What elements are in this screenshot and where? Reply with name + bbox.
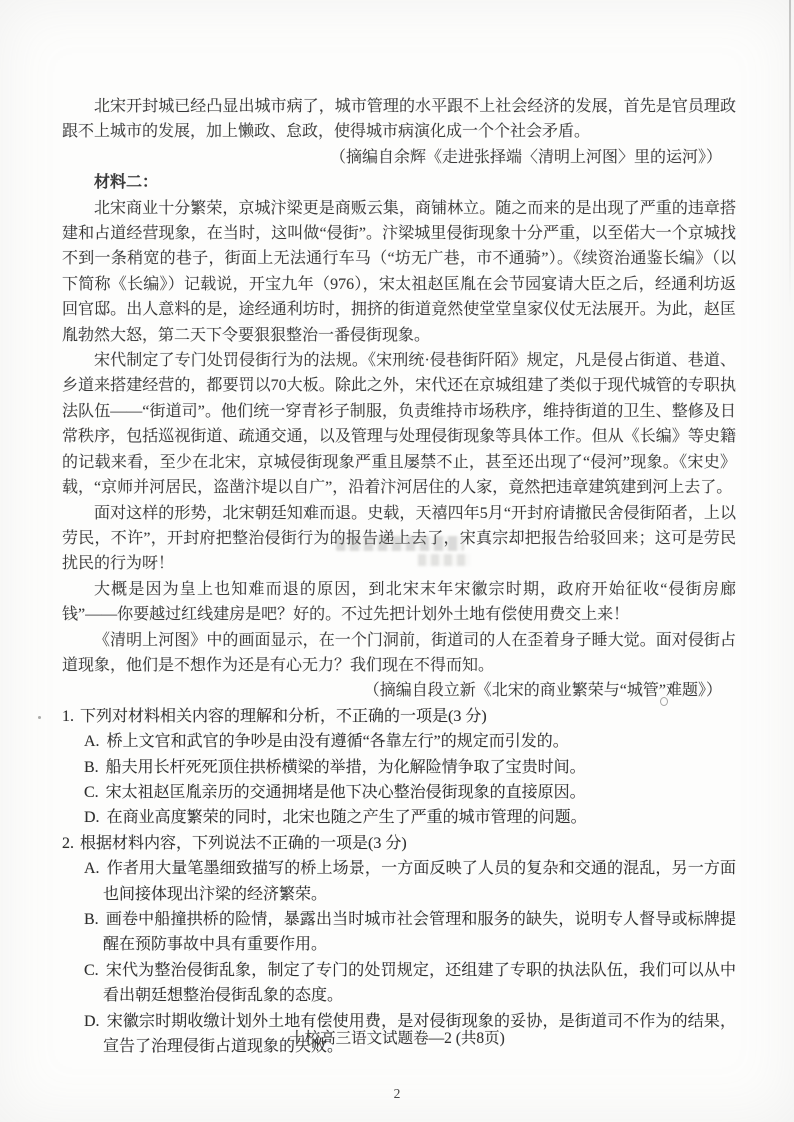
option-label: B.	[84, 759, 99, 776]
ink-bleed-artifact	[336, 536, 464, 551]
option-label: A.	[84, 860, 100, 877]
option-text: 桥上文官和武官的争吵是由没有遵循“各靠左行”的规定而引发的。	[107, 733, 569, 750]
scanned-exam-page: 北宋开封城已经凸显出城市病了，城市管理的水平跟不上社会经济的发展，首先是官员理政…	[0, 0, 794, 1122]
question-1-option-c: C.宋太祖赵匡胤亲历的交通拥堵是他下决心整治侵街现象的直接原因。	[62, 780, 736, 805]
scan-edge-line-artifact	[789, 0, 791, 310]
option-label: D.	[84, 809, 100, 826]
page-content: 北宋开封城已经凸显出城市病了，城市管理的水平跟不上社会经济的发展，首先是官员理政…	[62, 94, 736, 1059]
material-two-paragraph-5: 《清明上河图》中的画面显示，在一个门洞前，街道司的人在歪着身子睡大觉。面对侵街占…	[62, 628, 736, 679]
material-two-paragraph-4: 大概是因为皇上也知难而退的原因，到北宋末年宋徽宗时期，政府开始征收“侵街房廊钱”…	[62, 577, 736, 628]
question-2-option-c: C.宋代为整治侵街乱象，制定了专门的处罚规定，还组建了专职的执法队伍，我们可以从…	[62, 958, 736, 1009]
material-two-attribution: （摘编自段立新《北宋的商业繁荣与“城管”难题》）	[62, 678, 736, 703]
option-label: B.	[84, 911, 99, 928]
question-1-option-d: D.在商业高度繁荣的同时，北宋也随之产生了严重的城市管理的问题。	[62, 805, 736, 830]
question-2-option-b: B.画卷中船撞拱桥的险情，暴露出当时城市社会管理和服务的缺失，说明专人督导或标牌…	[62, 907, 736, 958]
material-one-paragraph: 北宋开封城已经凸显出城市病了，城市管理的水平跟不上社会经济的发展，首先是官员理政…	[62, 94, 736, 145]
scan-speck-dot	[38, 716, 41, 719]
material-two-paragraph-2: 宋代制定了专门处罚侵街行为的法规。《宋刑统·侵巷街阡陌》规定，凡是侵占街道、巷道…	[62, 348, 736, 500]
footer-title: 十校高三语文试题卷—2 (共8页)	[0, 1026, 794, 1048]
option-label: A.	[84, 733, 100, 750]
option-text: 作者用大量笔墨细致描写的桥上场景，一方面反映了人员的复杂和交通的混乱，另一方面也…	[103, 860, 736, 902]
question-1-option-a: A.桥上文官和武官的争吵是由没有遵循“各靠左行”的规定而引发的。	[62, 729, 736, 754]
material-two-label: 材料二：	[62, 170, 736, 195]
page-number: 2	[0, 1086, 794, 1102]
question-2-number: 2.	[62, 831, 74, 856]
option-label: C.	[84, 962, 99, 979]
question-1: 1. 下列对材料相关内容的理解和分析，不正确的一项是(3 分) A.桥上文官和武…	[62, 704, 736, 831]
question-1-stem-text: 下列对材料相关内容的理解和分析，不正确的一项是(3 分)	[80, 704, 487, 729]
material-one-tail: 北宋开封城已经凸显出城市病了，城市管理的水平跟不上社会经济的发展，首先是官员理政…	[62, 94, 736, 170]
material-two-paragraph-1: 北宋商业十分繁荣，京城汴梁更是商贩云集，商铺林立。随之而来的是出现了严重的违章搭…	[62, 196, 736, 348]
option-text: 在商业高度繁荣的同时，北宋也随之产生了严重的城市管理的问题。	[107, 809, 587, 826]
option-text: 宋代为整治侵街乱象，制定了专门的处罚规定，还组建了专职的执法队伍，我们可以从中看…	[103, 962, 736, 1004]
question-2-option-a: A.作者用大量笔墨细致描写的桥上场景，一方面反映了人员的复杂和交通的混乱，另一方…	[62, 856, 736, 907]
question-1-option-b: B.船夫用长杆死死顶住拱桥横梁的举措，为化解险情争取了宝贵时间。	[62, 755, 736, 780]
scan-speck-circle	[660, 697, 668, 706]
option-text: 画卷中船撞拱桥的险情，暴露出当时城市社会管理和服务的缺失，说明专人督导或标牌提醒…	[103, 911, 736, 953]
option-text: 宋太祖赵匡胤亲历的交通拥堵是他下决心整治侵街现象的直接原因。	[106, 784, 586, 801]
option-label: C.	[84, 784, 99, 801]
question-2-stem-text: 根据材料内容，下列说法不正确的一项是(3 分)	[80, 831, 407, 856]
material-two: 材料二： 北宋商业十分繁荣，京城汴梁更是商贩云集，商铺林立。随之而来的是出现了严…	[62, 170, 736, 704]
question-1-stem: 1. 下列对材料相关内容的理解和分析，不正确的一项是(3 分)	[62, 704, 736, 729]
question-1-number: 1.	[62, 704, 74, 729]
option-text: 船夫用长杆死死顶住拱桥横梁的举措，为化解险情争取了宝贵时间。	[106, 759, 586, 776]
question-2-stem: 2. 根据材料内容，下列说法不正确的一项是(3 分)	[62, 831, 736, 856]
material-one-attribution: （摘编自余辉《走进张择端〈清明上河图〉里的运河》）	[62, 145, 736, 170]
ink-bleed-artifact-2	[418, 554, 470, 566]
